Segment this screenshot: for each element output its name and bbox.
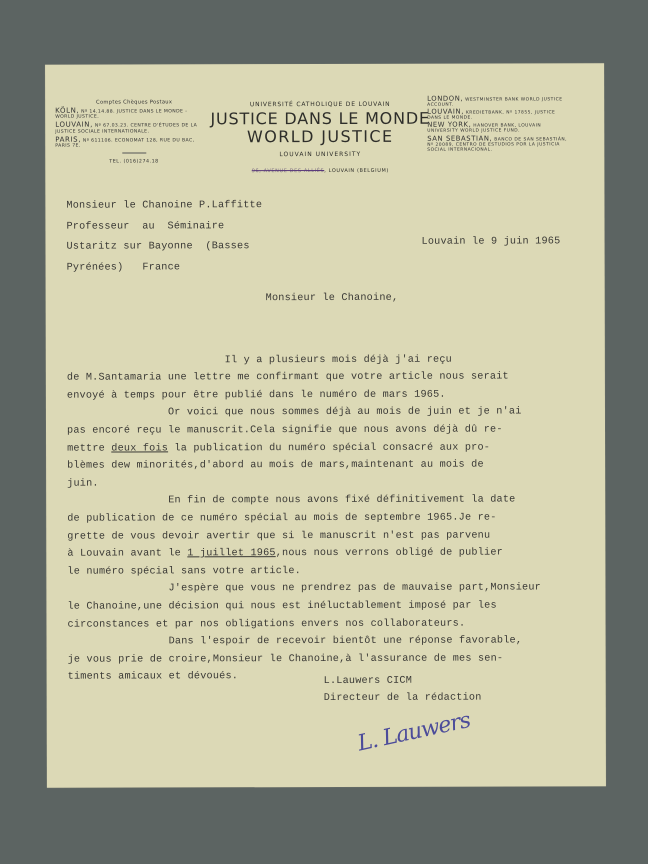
letterhead-bank-accounts: LONDON, WESTMINSTER BANK WORLD JUSTICE A… [427,96,567,154]
letter-date: Louvain le 9 juin 1965 [422,236,561,247]
paragraph-line: le numéro spécial sans votre article. [67,562,541,581]
title-english: WORLD JUSTICE [195,128,445,147]
paragraph-line: le Chanoine,une décision qui nous est in… [67,597,541,616]
handwritten-signature: L. Lauwers [355,708,472,756]
letterhead-address: 96, AVENUE DES ALLIÉS, LOUVAIN (BELGIUM) [195,168,445,175]
underlined-emphasis: deux fois [111,443,168,454]
signatory-title: Directeur de la rédaction [324,693,482,704]
account-louvain: LOUVAIN, Nº 67.03.23. CENTRE D'ÉTUDES DE… [55,123,205,135]
telephone: TEL. (016)274.18 [109,160,205,165]
paragraph-line: circonstances et par nos obligations env… [67,615,541,634]
salutation: Monsieur le Chanoine, [266,293,399,304]
account-koln: KÖLN, Nº 14.14.88. JUSTICE DANS LE MONDE… [55,108,205,120]
paragraph-line: grette de vous devoir avertir que si le … [67,527,541,546]
signatory-name: L.Lauwers CICM [324,676,412,687]
subtitle: LOUVAIN UNIVERSITY [195,151,445,159]
account-paris: PARIS, Nº 611106. ECONOMAT 128, RUE DU B… [55,137,205,149]
letter-page: Comptes Chèques Postaux KÖLN, Nº 14.14.8… [45,63,606,787]
postal-accounts-caption: Comptes Chèques Postaux [63,99,205,105]
paragraph-line: Il y a plusieurs mois déjà j'ai reçu [67,351,541,370]
paragraph-line: pas encoré reçu le manuscrit.Cela signif… [67,421,541,440]
paragraph-line: de publication de ce numéro spécial au m… [67,509,541,528]
paragraph-line: envoyé à temps pour être publié dans le … [67,386,541,405]
underlined-deadline: 1 juillet 1965 [187,548,275,559]
paragraph-line: J'espère que vous ne prendrez pas de mau… [67,580,541,599]
bank-london: LONDON, WESTMINSTER BANK WORLD JUSTICE A… [427,96,567,108]
paragraph-line: Or voici que nous sommes déjà au mois de… [67,404,541,423]
letterhead-postal-accounts: Comptes Chèques Postaux KÖLN, Nº 14.14.8… [55,99,205,165]
letterhead-title-block: UNIVERSITÉ CATHOLIQUE DE LOUVAIN JUSTICE… [195,101,445,175]
bank-louvain: LOUVAIN, KREDIETBANK, Nº 17855, JUSTICE … [427,110,567,122]
paragraph-line: timents amicaux et dévoués. [68,668,542,687]
recipient-address: Monsieur le Chanoine P.LaffitteProfesseu… [66,196,262,279]
paragraph-line: de M.Santamaria une lettre me confirmant… [67,369,541,388]
paragraph-line: je vous prie de croire,Monsieur le Chano… [68,650,542,669]
paragraph-line: à Louvain avant le 1 juillet 1965,nous n… [67,545,541,564]
divider [122,153,146,154]
paragraph-line: En fin de compte nous avons fixé définit… [67,492,541,511]
paragraph-line: blèmes dew minorités,d'abord au mois de … [67,457,541,476]
paragraph-line: juin. [67,474,541,493]
paragraph-line: Dans l'espoir de recevoir bientôt une ré… [68,633,542,652]
paragraph-line: mettre deux fois la publication du numér… [67,439,541,458]
university-name: UNIVERSITÉ CATHOLIQUE DE LOUVAIN [195,101,445,109]
letter-body: Il y a plusieurs mois déjà j'ai reçude M… [67,333,541,686]
bank-new-york: NEW YORK, HANOVER BANK, LOUVAIN UNIVERSI… [427,123,567,135]
title-french: JUSTICE DANS LE MONDE [195,110,445,129]
struck-address: 96, AVENUE DES ALLIÉS [252,168,325,174]
bank-san-sebastian: SAN SEBASTIAN, BANCO DE SAN SEBASTIÁN, N… [427,136,567,153]
